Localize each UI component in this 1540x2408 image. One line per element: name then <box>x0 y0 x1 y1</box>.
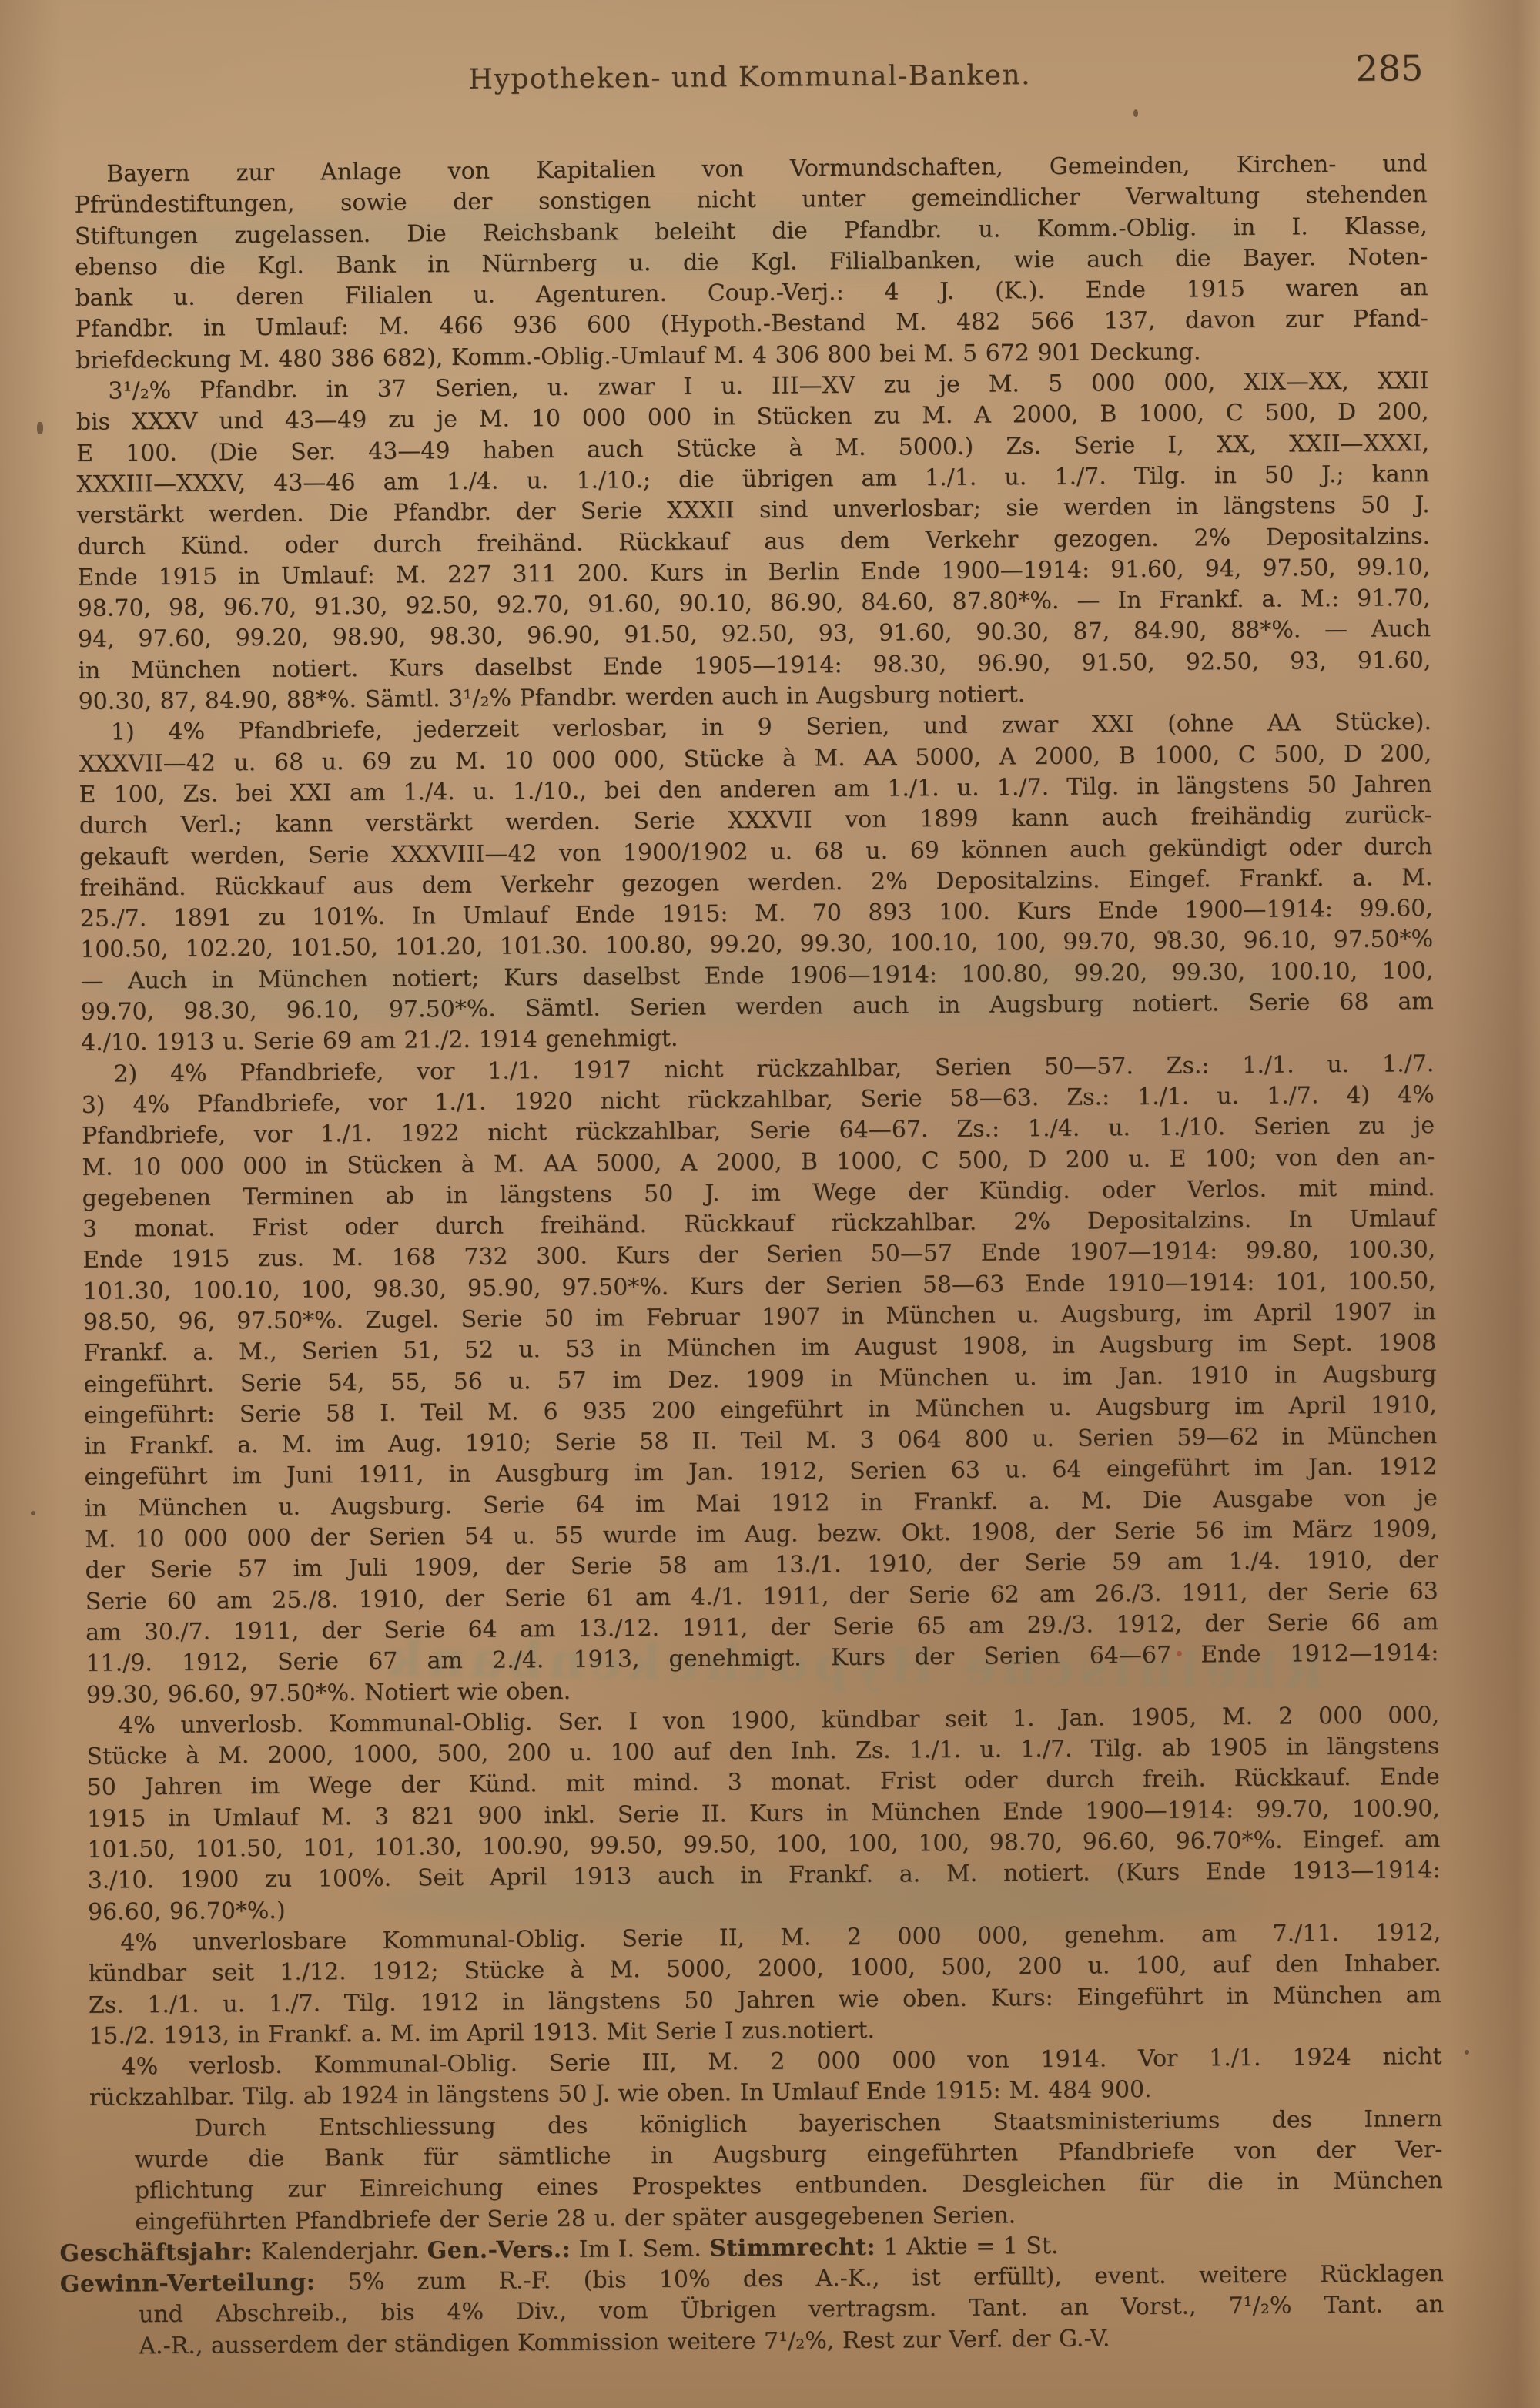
page-title: Hypotheken- und Kommunal-Banken. <box>73 42 1426 99</box>
text-block: Bayern zur Anlage von Kapitalien von Vor… <box>74 149 1444 2363</box>
page-content: Hypotheken- und Kommunal-Banken. 285 Bay… <box>73 42 1445 2363</box>
keyword-bold: Stimmrecht: <box>709 2234 875 2262</box>
ink-speck <box>31 1511 35 1515</box>
page-number: 285 <box>1355 47 1423 89</box>
keyword-bold: Gewinn-Verteilung: <box>60 2269 316 2299</box>
page-header: Hypotheken- und Kommunal-Banken. 285 <box>73 42 1427 144</box>
keyword-bold: Gen.-Vers.: <box>427 2236 571 2264</box>
ink-speck <box>37 422 43 434</box>
book-page: Rheinische Hypothekenbank Hypotheken- un… <box>0 0 1540 2408</box>
ink-speck <box>1465 2050 1469 2055</box>
keyword-bold: Geschäftsjahr: <box>59 2239 253 2267</box>
